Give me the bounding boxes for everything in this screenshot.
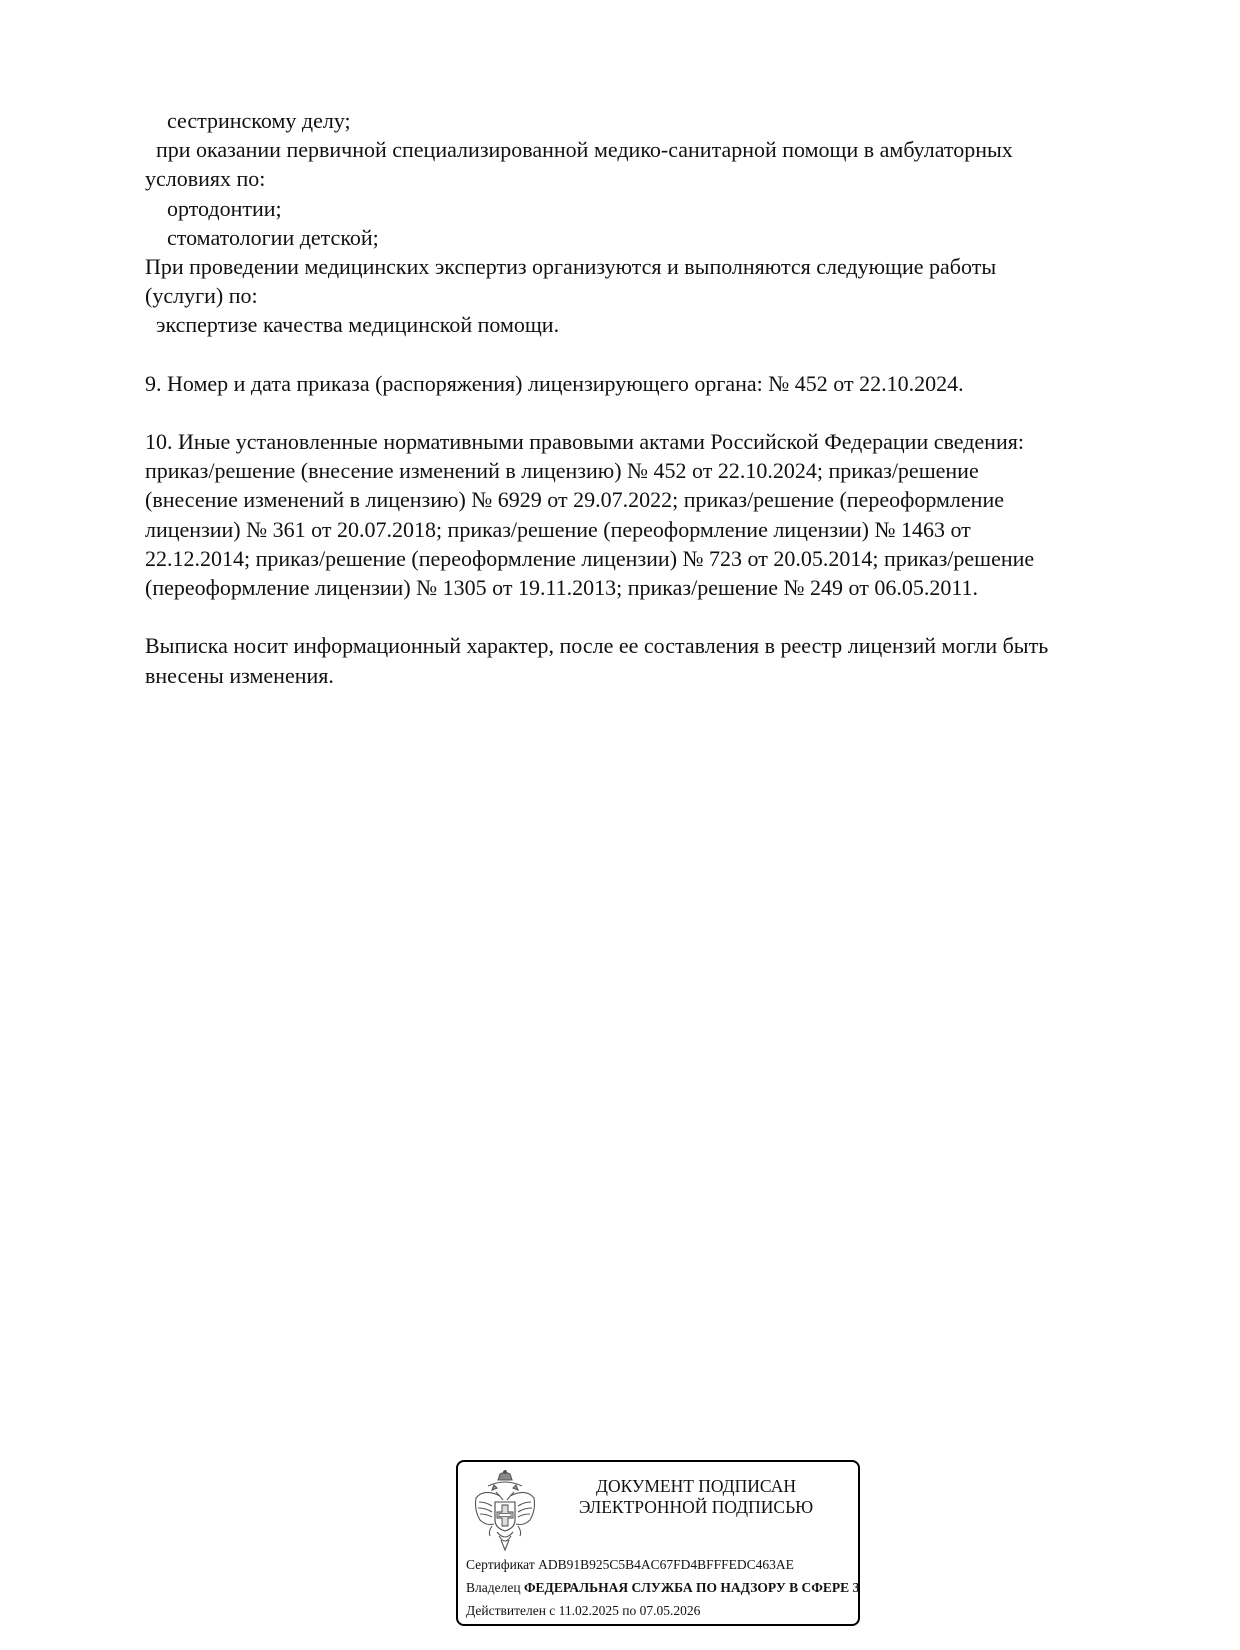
paragraph-spacer: [145, 340, 1155, 369]
text-line: условиях по:: [145, 164, 1155, 193]
text-line: 22.12.2014; приказ/решение (переоформлен…: [145, 544, 1155, 573]
validity-row: Действителен с 11.02.2025 по 07.05.2026: [466, 1599, 860, 1622]
electronic-signature-stamp: ДОКУМЕНТ ПОДПИСАН ЭЛЕКТРОННОЙ ПОДПИСЬЮ С…: [456, 1460, 860, 1626]
document-body: сестринскому делу; при оказании первично…: [145, 106, 1155, 690]
text-line: лицензии) № 361 от 20.07.2018; приказ/ре…: [145, 515, 1155, 544]
russian-coat-of-arms-icon: [470, 1470, 540, 1552]
stamp-title-line-1: ДОКУМЕНТ ПОДПИСАН: [546, 1476, 846, 1497]
text-line: (услуги) по:: [145, 281, 1155, 310]
disclaimer: Выписка носит информационный характер, п…: [145, 631, 1155, 689]
text-line: При проведении медицинских экспертиз орг…: [145, 252, 1155, 281]
certificate-label: Сертификат: [466, 1557, 535, 1572]
section-10-other-info: 10. Иные установленные нормативными прав…: [145, 427, 1155, 602]
owner-label: Владелец: [466, 1580, 521, 1595]
text-line: Выписка носит информационный характер, п…: [145, 631, 1155, 660]
paragraph-spacer: [145, 602, 1155, 631]
section-9-order-number: 9. Номер и дата приказа (распоряжения) л…: [145, 369, 1155, 398]
text-line: экспертизе качества медицинской помощи.: [145, 310, 1155, 339]
text-line: приказ/решение (внесение изменений в лиц…: [145, 456, 1155, 485]
owner-row: Владелец ФЕДЕРАЛЬНАЯ СЛУЖБА ПО НАДЗОРУ В…: [466, 1576, 860, 1599]
owner-value: ФЕДЕРАЛЬНАЯ СЛУЖБА ПО НАДЗОРУ В СФЕРЕ ЗД…: [524, 1580, 860, 1595]
validity-text: Действителен с 11.02.2025 по 07.05.2026: [466, 1603, 700, 1618]
text-line: сестринскому делу;: [145, 106, 1155, 135]
stamp-title-line-2: ЭЛЕКТРОННОЙ ПОДПИСЬЮ: [546, 1497, 846, 1518]
stamp-details: Сертификат ADB91B925C5B4AC67FD4BFFFEDC46…: [466, 1553, 860, 1622]
text-line: (переоформление лицензии) № 1305 от 19.1…: [145, 573, 1155, 602]
text-line: внесены изменения.: [145, 661, 1155, 690]
stamp-title: ДОКУМЕНТ ПОДПИСАН ЭЛЕКТРОННОЙ ПОДПИСЬЮ: [546, 1476, 846, 1518]
text-line: ортодонтии;: [145, 194, 1155, 223]
text-line: 10. Иные установленные нормативными прав…: [145, 427, 1155, 456]
text-line: стоматологии детской;: [145, 223, 1155, 252]
paragraph-spacer: [145, 398, 1155, 427]
certificate-row: Сертификат ADB91B925C5B4AC67FD4BFFFEDC46…: [466, 1553, 860, 1576]
text-line: (внесение изменений в лицензию) № 6929 о…: [145, 485, 1155, 514]
text-line: при оказании первичной специализированно…: [145, 135, 1155, 164]
certificate-value: ADB91B925C5B4AC67FD4BFFFEDC463AE: [538, 1557, 794, 1572]
